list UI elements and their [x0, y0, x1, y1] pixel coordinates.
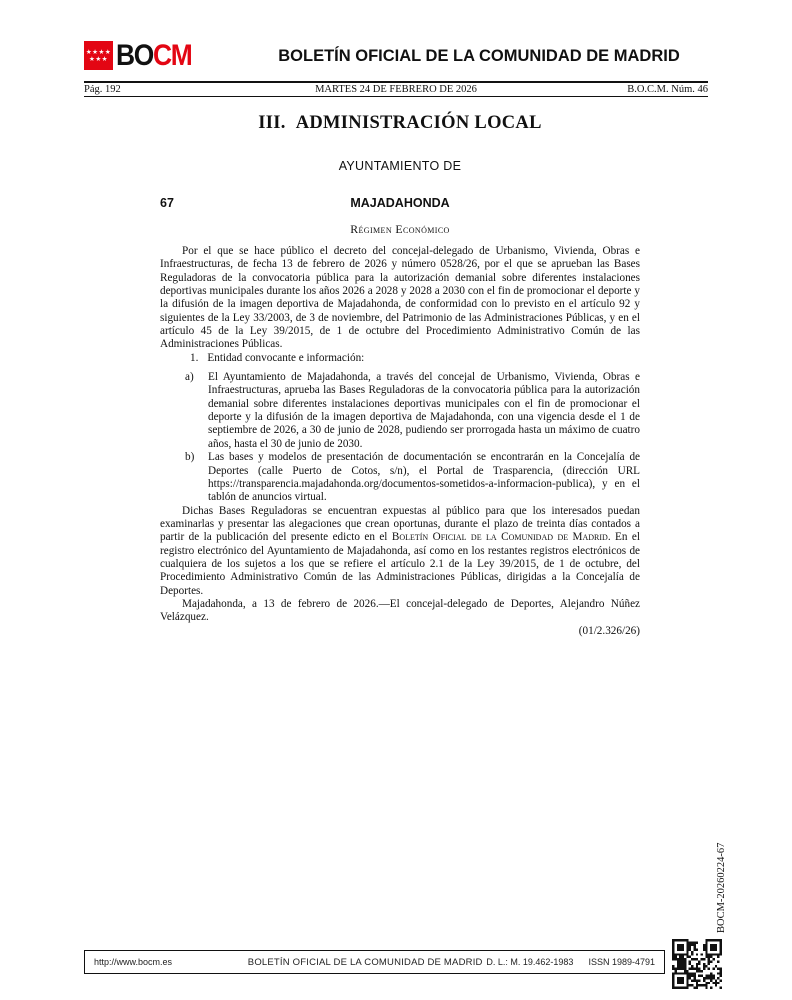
- madrid-flag-icon: ★★★★ ★★★: [84, 41, 113, 70]
- issue-number: B.O.C.M. Núm. 46: [477, 84, 708, 95]
- article-body: Por el que se hace público el decreto de…: [160, 245, 640, 638]
- logotype-bo: BO: [116, 39, 153, 72]
- municipality-intro: AYUNTAMIENTO DE: [160, 159, 640, 173]
- issue-date: MARTES 24 DE FEBRERO DE 2026: [315, 84, 477, 95]
- section-title: III.ADMINISTRACIÓN LOCAL: [160, 113, 640, 134]
- list-heading-text: Entidad convocante e información:: [207, 352, 364, 364]
- section-number: III.: [258, 113, 285, 133]
- footer-legal: D. L.: M. 19.462-1983 ISSN 1989-4791: [486, 957, 664, 967]
- list-item-text: Las bases y modelos de presentación de d…: [208, 451, 640, 504]
- footer-box: http://www.bocm.es BOLETÍN OFICIAL DE LA…: [84, 950, 665, 974]
- reference-number: (01/2.326/26): [160, 625, 640, 638]
- list-heading: 1.Entidad convocante e información:: [160, 352, 640, 365]
- municipality-row: 67 MAJADAHONDA: [160, 196, 640, 210]
- issn: ISSN 1989-4791: [588, 957, 655, 967]
- municipality-name: MAJADAHONDA: [350, 196, 449, 210]
- header-rule-top: [84, 81, 708, 83]
- list-heading-number: 1.: [190, 352, 198, 364]
- list-item-text: El Ayuntamiento de Majadahonda, a través…: [208, 371, 640, 451]
- document-code-vertical: BOCM-20260224-67: [716, 823, 730, 933]
- list-item-label: b): [185, 451, 208, 504]
- header-meta-row: Pág. 192 MARTES 24 DE FEBRERO DE 2026 B.…: [84, 84, 708, 95]
- footer-title: BOLETÍN OFICIAL DE LA COMUNIDAD DE MADRI…: [244, 957, 486, 968]
- paragraph-intro: Por el que se hace público el decreto de…: [160, 245, 640, 352]
- list-item-a: a) El Ayuntamiento de Majadahonda, a tra…: [160, 371, 640, 451]
- list-item-label: a): [185, 371, 208, 451]
- flag-stars-row: ★★★: [89, 56, 108, 63]
- article-category: Régimen Económico: [160, 222, 640, 237]
- section-title-text: ADMINISTRACIÓN LOCAL: [296, 113, 542, 133]
- logotype-cm: CM: [153, 39, 191, 72]
- header-rule-bottom: [84, 96, 708, 97]
- announcement-number: 67: [160, 196, 174, 210]
- deposit-legal: D. L.: M. 19.462-1983: [486, 957, 573, 967]
- bocm-logo: ★★★★ ★★★ BOCM: [84, 41, 202, 70]
- bocm-logotype: BOCM: [116, 41, 191, 70]
- page-number: Pág. 192: [84, 84, 315, 95]
- masthead-title: BOLETÍN OFICIAL DE LA COMUNIDAD DE MADRI…: [250, 47, 708, 66]
- paragraph-exposure: Dichas Bases Reguladoras se encuentran e…: [160, 505, 640, 598]
- list-item-b: b) Las bases y modelos de presentación d…: [160, 451, 640, 504]
- qr-code: [672, 938, 722, 990]
- bocm-page: ★★★★ ★★★ BOCM BOLETÍN OFICIAL DE LA COMU…: [0, 0, 792, 1000]
- article-headings: III.ADMINISTRACIÓN LOCAL AYUNTAMIENTO DE…: [160, 113, 640, 237]
- closing-paragraph: Majadahonda, a 13 de febrero de 2026.—El…: [160, 598, 640, 625]
- exposure-bulletin-name: Boletín Oficial de la Comunidad de Madri…: [392, 531, 608, 543]
- footer-url[interactable]: http://www.bocm.es: [85, 957, 244, 967]
